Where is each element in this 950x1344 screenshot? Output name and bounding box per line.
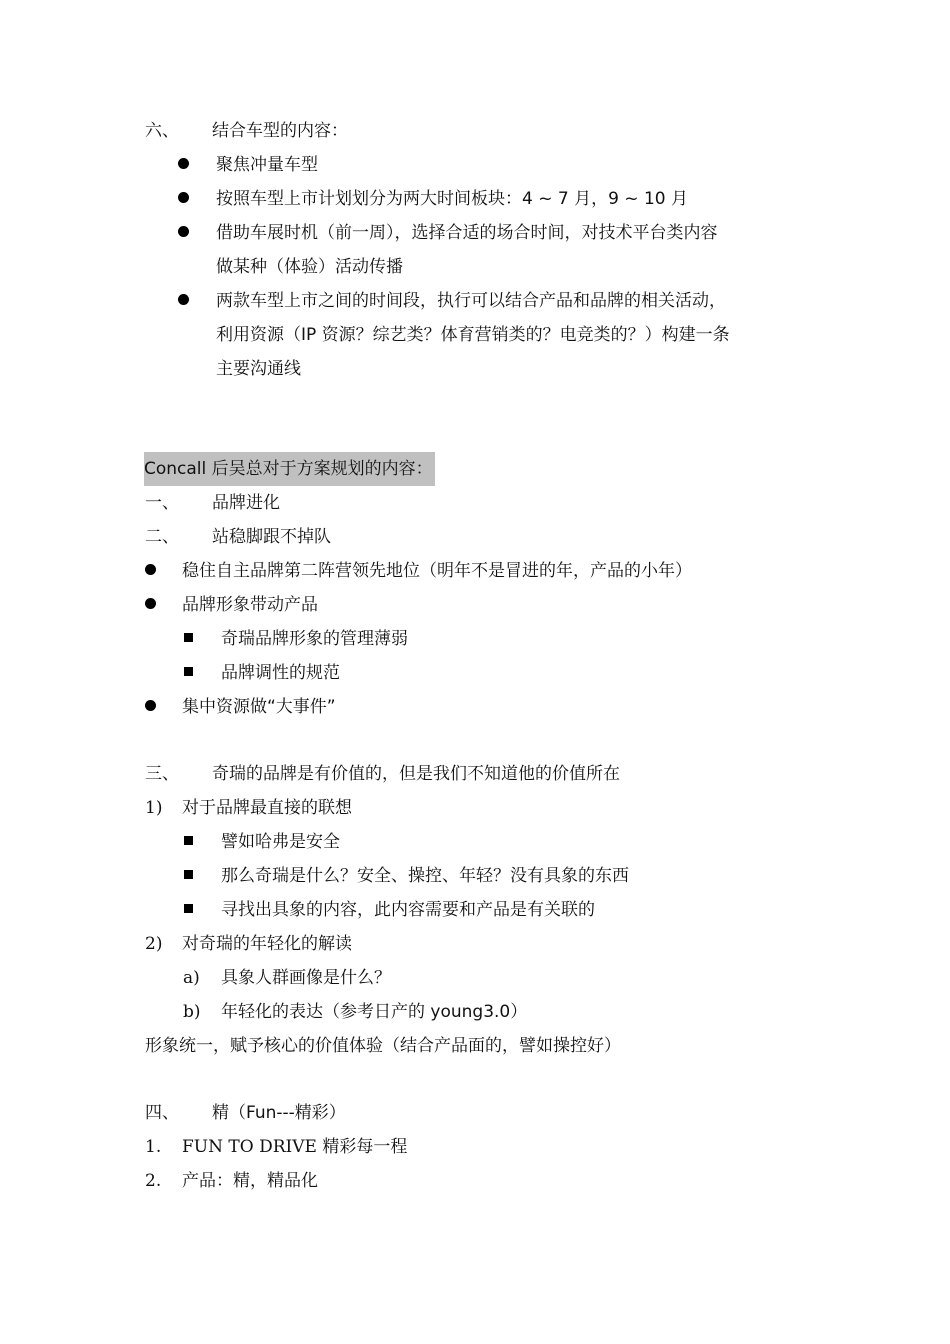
- number-marker: 2.: [145, 1164, 161, 1198]
- section-heading-text: 精（Fun---精彩）: [212, 1096, 346, 1130]
- bullet-text: 稳住自主品牌第二阵营领先地位（明年不是冒进的年，产品的小年）: [182, 554, 692, 588]
- bullet-square-icon: [184, 904, 193, 913]
- section-marker: 二、: [145, 520, 179, 554]
- bullet-text: 借助车展时机（前一周），选择合适的场合时间，对技术平台类内容: [216, 216, 718, 250]
- bullet-square-icon: [184, 633, 193, 642]
- number-marker: 2): [145, 927, 162, 961]
- numbered-item-text: 对于品牌最直接的联想: [182, 791, 352, 825]
- sub-bullet-text: 譬如哈弗是安全: [221, 825, 340, 859]
- bullet-text: 做某种（体验）活动传播: [216, 250, 403, 284]
- numbered-item-text: 对奇瑞的年轻化的解读: [182, 927, 352, 961]
- section-heading-text: 品牌进化: [212, 486, 280, 520]
- bullet-text: 品牌形象带动产品: [182, 588, 318, 622]
- section-heading-text: 站稳脚跟不掉队: [212, 520, 331, 554]
- bullet-dot-icon: [178, 158, 189, 169]
- sub-bullet-text: 奇瑞品牌形象的管理薄弱: [221, 622, 408, 656]
- sub-bullet-text: 寻找出具象的内容，此内容需要和产品是有关联的: [221, 893, 595, 927]
- lettered-item-text: 具象人群画像是什么？: [221, 961, 391, 995]
- section-heading-text: 结合车型的内容：: [212, 114, 348, 148]
- numbered-item-text: FUN TO DRIVE 精彩每一程: [182, 1130, 407, 1164]
- bullet-text: 两款车型上市之间的时间段，执行可以结合产品和品牌的相关活动，: [216, 284, 726, 318]
- bullet-text: 集中资源做“大事件”: [182, 690, 336, 724]
- section-marker: 三、: [145, 757, 179, 791]
- bullet-dot-icon: [178, 192, 189, 203]
- section-heading-text: 奇瑞的品牌是有价值的，但是我们不知道他的价值所在: [212, 757, 620, 791]
- bullet-dot-icon: [145, 564, 156, 575]
- number-marker: 1.: [145, 1130, 161, 1164]
- bullet-dot-icon: [145, 598, 156, 609]
- lettered-item-text: 年轻化的表达（参考日产的 young3.0）: [221, 995, 527, 1029]
- bullet-dot-icon: [145, 700, 156, 711]
- bullet-text: 按照车型上市计划划分为两大时间板块：4 ~ 7 月，9 ~ 10 月: [216, 182, 688, 216]
- number-marker: 1): [145, 791, 162, 825]
- letter-marker: b): [183, 995, 201, 1029]
- highlighted-title: Concall 后吴总对于方案规划的内容：: [144, 452, 435, 486]
- sub-bullet-text: 品牌调性的规范: [221, 656, 340, 690]
- bullet-square-icon: [184, 870, 193, 879]
- sub-bullet-text: 那么奇瑞是什么？安全、操控、年轻？没有具象的东西: [221, 859, 629, 893]
- bullet-text: 利用资源（IP 资源？综艺类？体育营销类的？电竞类的？）构建一条: [216, 318, 730, 352]
- bullet-dot-icon: [178, 226, 189, 237]
- section-marker: 一、: [145, 486, 179, 520]
- bullet-dot-icon: [178, 294, 189, 305]
- bullet-text: 聚焦冲量车型: [216, 148, 318, 182]
- numbered-item-text: 产品：精，精品化: [182, 1164, 318, 1198]
- letter-marker: a): [183, 961, 200, 995]
- bullet-square-icon: [184, 836, 193, 845]
- section-marker: 四、: [145, 1096, 179, 1130]
- section-marker: 六、: [145, 114, 179, 148]
- bullet-square-icon: [184, 667, 193, 676]
- summary-text: 形象统一，赋予核心的价值体验（结合产品面的，譬如操控好）: [145, 1029, 621, 1063]
- bullet-text: 主要沟通线: [216, 352, 301, 386]
